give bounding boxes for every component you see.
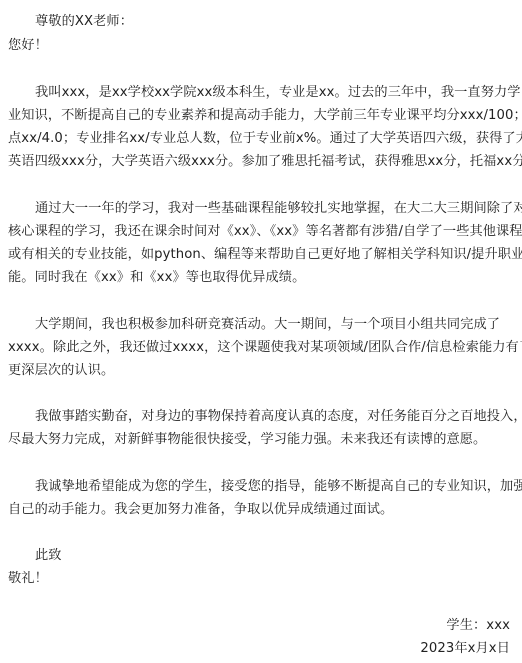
paragraph-line: 我诚挚地希望能成为您的学生，接受您的指导，能够不断提高自己的专业知识，加强 [35,477,512,497]
salutation: 尊敬的XX老师： [35,12,512,32]
paragraph-line: 英语四级xxx分，大学英语六级xxx分。参加了雅思托福考试，获得雅思xx分，托福… [8,152,512,172]
regards: 敬礼！ [8,569,512,589]
paragraph-line: 能。同时我在《xx》和《xx》等也取得优异成绩。 [8,268,512,288]
paragraph-line: 核心课程的学习，我还在课余时间对《xx》、《xx》等名著都有涉猎/自学了一些其他… [8,222,512,242]
paragraph-line: 我做事踏实勤奋，对身边的事物保持着高度认真的态度，对任务能百分之百地投入， [35,407,512,427]
paragraph-line: xxxx。除此之外，我还做过xxxx，这个课题使我对某项领域/团队合作/信息检索… [8,338,512,358]
paragraph-line: 更深层次的认识。 [8,361,512,381]
signature: 学生：xxx [446,616,510,636]
paragraph-line: 大学期间，我也积极参加科研竞赛活动。大一期间，与一个项目小组共同完成了 [35,315,512,335]
paragraph-line: 业知识，不断提高自己的专业素养和提高动手能力，大学前三年专业课平均分xxx/10… [8,106,512,126]
letter-page: 尊敬的XX老师： 您好！ 我叫xxx，是xx学校xx学院xx级本科生，专业是xx… [0,0,522,663]
paragraph-line: 尽最大努力完成，对新鲜事物能很快接受，学习能力强。未来我还有读博的意愿。 [8,430,512,450]
paragraph-line: 点xx/4.0；专业排名xx/专业总人数，位于专业前x%。通过了大学英语四六级，… [8,129,512,149]
greeting: 您好！ [8,36,512,56]
date: 2023年x月x日 [420,639,510,659]
paragraph-line: 我叫xxx，是xx学校xx学院xx级本科生，专业是xx。过去的三年中，我一直努力… [35,83,512,103]
paragraph-line: 通过大一一年的学习，我对一些基础课程能够较扎实地掌握，在大二大三期间除了对 [35,199,512,219]
paragraph-line: 自己的动手能力。我会更加努力准备，争取以优异成绩通过面试。 [8,500,512,520]
closing: 此致 [35,546,512,566]
paragraph-line: 或有相关的专业技能，如python、编程等来帮助自己更好地了解相关学科知识/提升… [8,245,512,265]
